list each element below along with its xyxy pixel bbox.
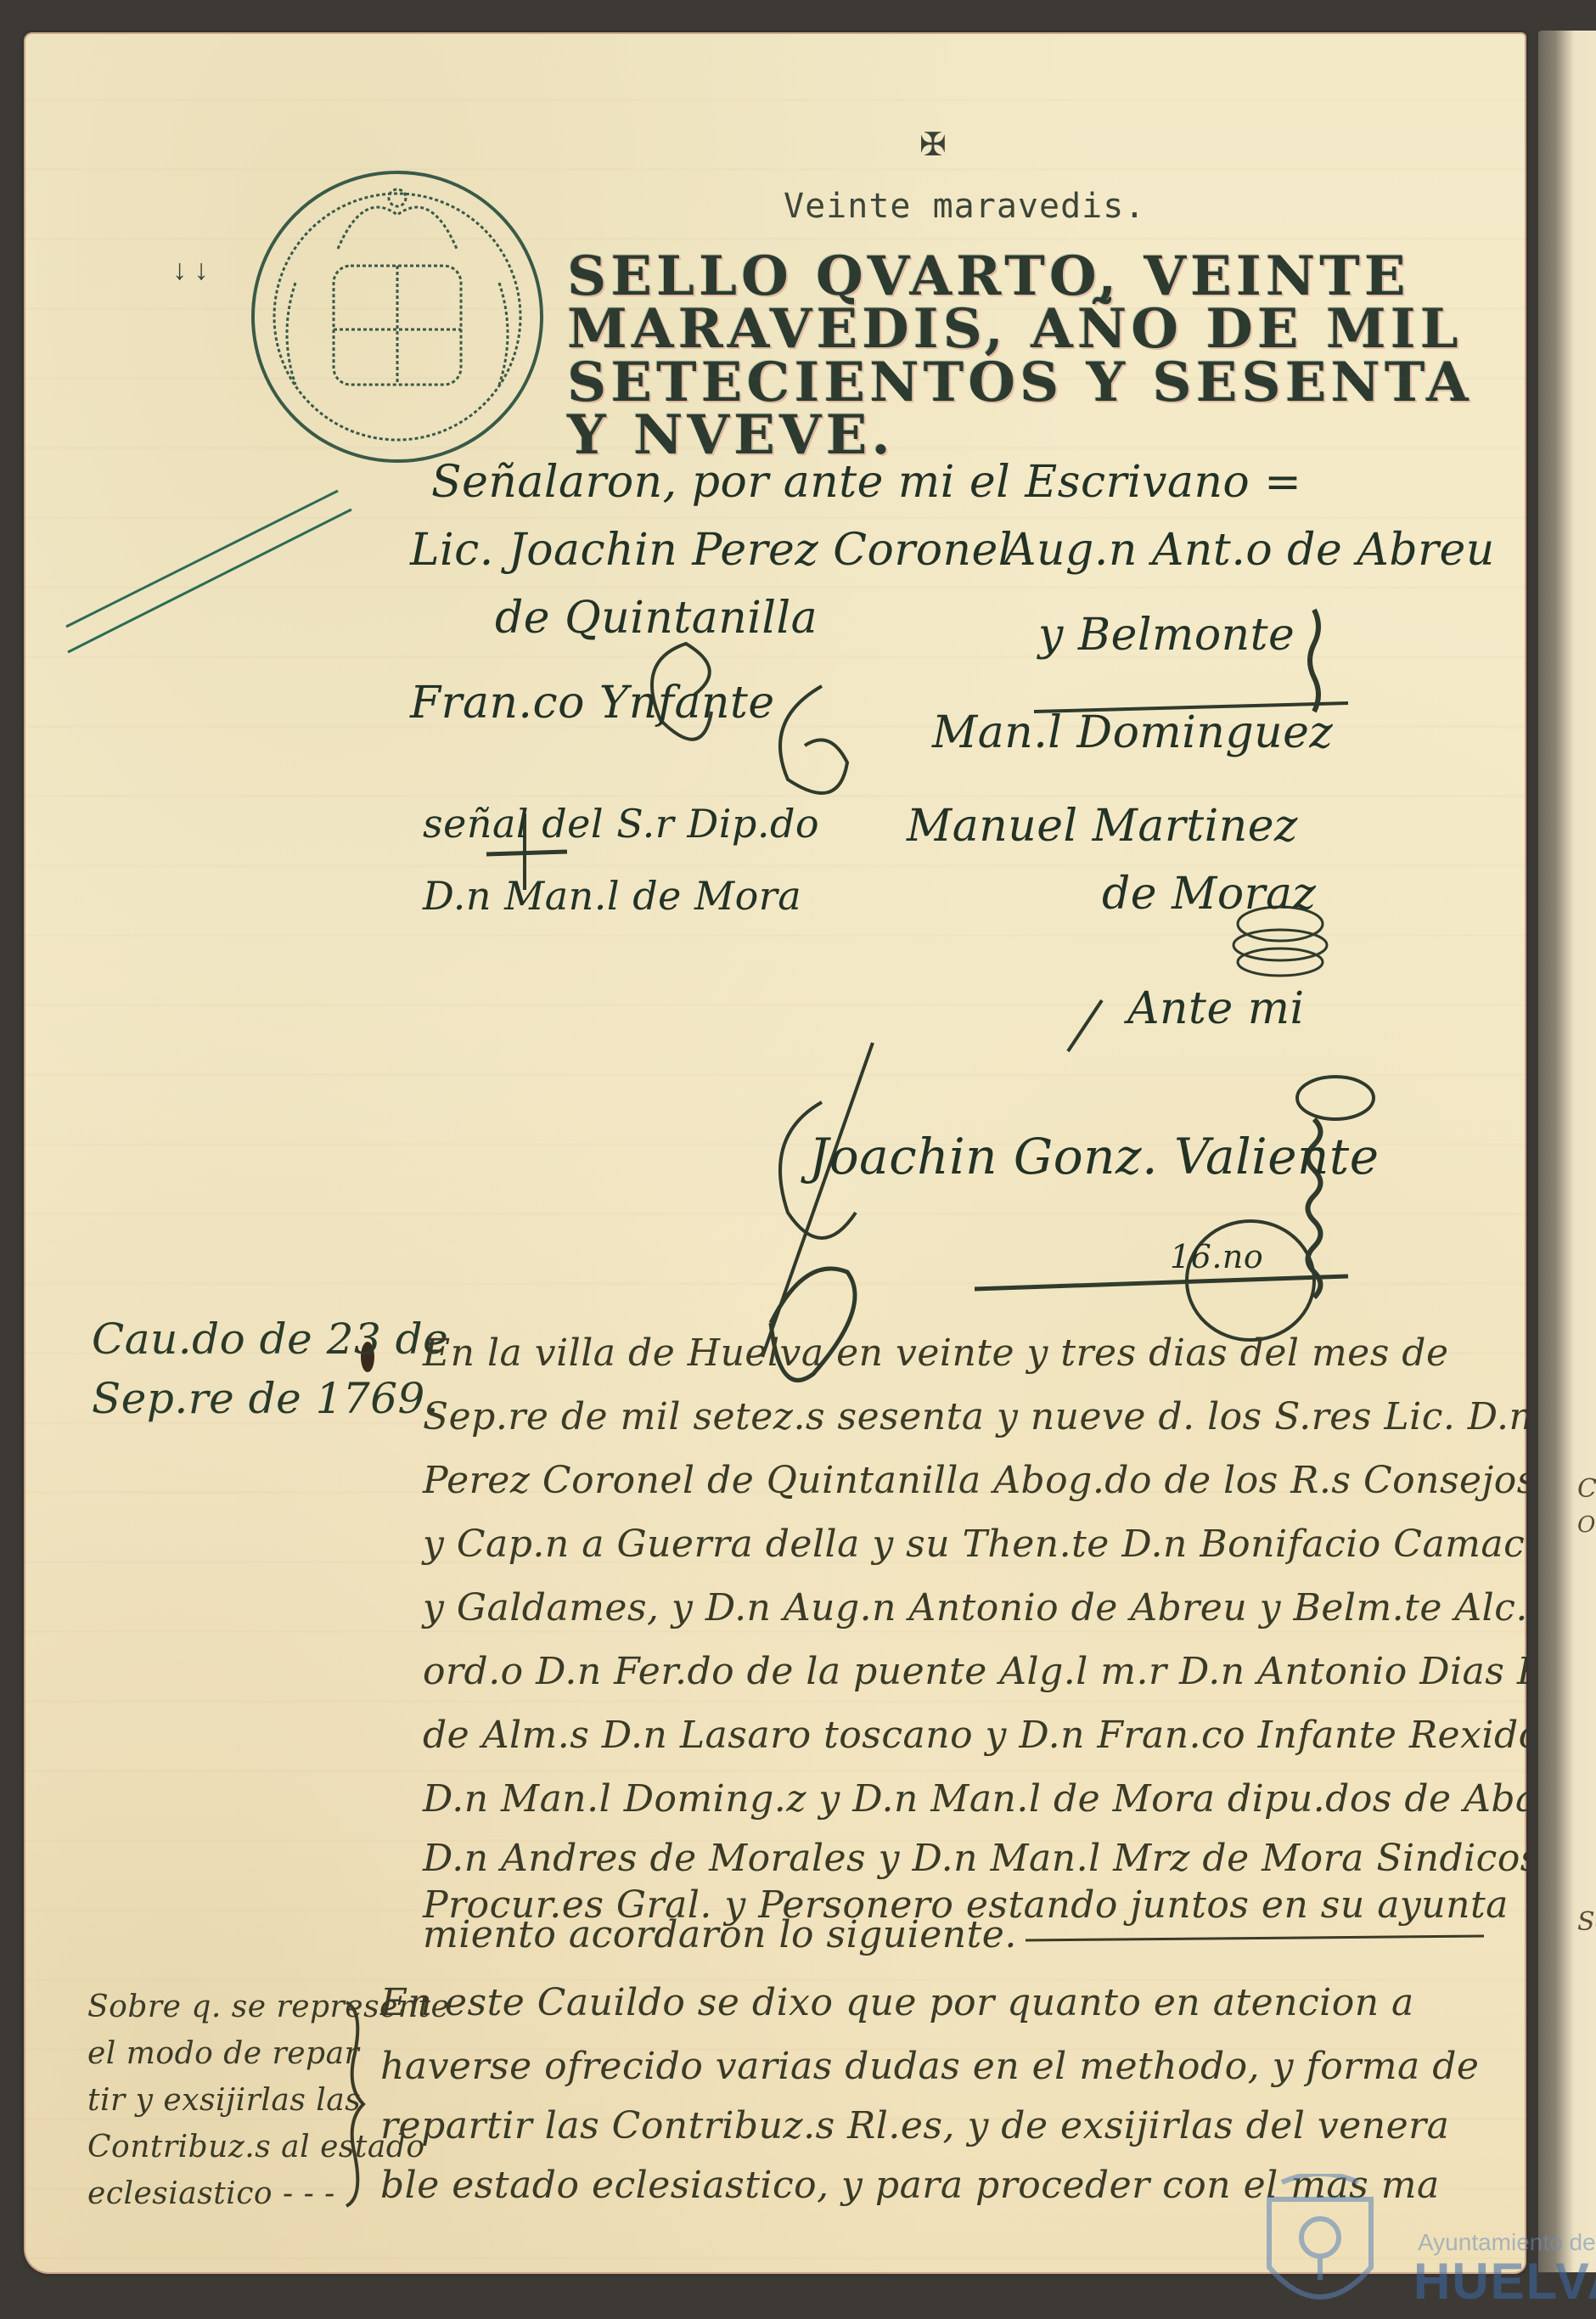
signature-perez-coronel-line2: de Quintanilla: [495, 593, 818, 644]
body-line: En la villa de Huelva en veinte y tres d…: [423, 1331, 1449, 1375]
signature-martinez: Manuel Martinez: [907, 801, 1298, 852]
notary-signature: Joachin Gonz. Valiente: [809, 1128, 1380, 1185]
signature-intro: Señalaron, por ante mi el Escrivano =: [431, 457, 1301, 508]
signature-abreu: Aug.n Ant.o de Abreu: [1004, 525, 1495, 576]
signature-perez-coronel: Lic. Joachin Perez Coronel: [410, 525, 1013, 576]
adjacent-margin-note: Sob: [1577, 1907, 1596, 1937]
margin-date-line2: Sep.re de 1769.: [92, 1374, 439, 1423]
resolution-line: repartir las Contribuz.s Rl.es, y de exs…: [380, 2104, 1449, 2147]
watermark-title: HUELVA: [1413, 2252, 1596, 2311]
archive-watermark: Ayuntamiento de HUELVA: [1244, 2174, 1596, 2319]
cross-mark-icon: ✠: [919, 126, 947, 164]
resolution-line: haverse ofrecido varias dudas en el meth…: [380, 2045, 1479, 2088]
signature-abreu-line2: y Belmonte: [1038, 610, 1295, 661]
margin-date-line1: Cau.do de 23 de: [92, 1314, 448, 1364]
body-line: y Galdames, y D.n Aug.n Antonio de Abreu…: [423, 1586, 1526, 1629]
resolution-margin-note: el modo de repar: [87, 2036, 359, 2071]
margin-marks: ↓ ↓: [172, 255, 209, 287]
resolution-margin-note: tir y exsijirlas las: [87, 2083, 361, 2118]
signature-mora-mark: señal del S.r Dip.do: [423, 801, 819, 847]
manuscript-page: ✠ Veinte maravedis. ↓ ↓ SELLO QVARTO, VE…: [24, 32, 1526, 2274]
body-line: D.n Andres de Morales y D.n Man.l Mrz de…: [423, 1837, 1526, 1880]
huelva-coat-of-arms-icon: [1244, 2174, 1396, 2319]
body-line: ord.o D.n Fer.do de la puente Alg.l m.r …: [423, 1650, 1526, 1693]
signature-dominguez: Man.l Dominguez: [932, 707, 1333, 758]
body-line: de Alm.s D.n Lasaro toscano y D.n Fran.c…: [423, 1714, 1526, 1757]
body-line: D.n Man.l Doming.z y D.n Man.l de Mora d…: [423, 1777, 1526, 1821]
adjacent-page: Cau Oct.re Sob: [1538, 31, 1596, 2272]
signature-mora-line2: D.n Man.l de Mora: [423, 873, 801, 919]
signature-martinez-line2: de Moraz: [1102, 869, 1316, 920]
signature-infante: Fran.co Ynfante: [410, 678, 775, 729]
resolution-line: En este Cauildo se dixo que por quanto e…: [380, 1981, 1414, 2024]
adjacent-margin-note: Oct.re: [1577, 1512, 1596, 1538]
body-line: y Cap.n a Guerra della y su Then.te D.n …: [423, 1523, 1526, 1566]
seal-icon: [253, 172, 542, 461]
notary-mark: 16.no: [1170, 1238, 1263, 1275]
resolution-margin-note: eclesiastico - - -: [87, 2176, 335, 2211]
stamp-value: Veinte maravedis.: [784, 187, 1145, 226]
body-line: miento acordaron lo siguiente.: [423, 1913, 1017, 1956]
ante-mi-label: Ante mi: [1127, 983, 1305, 1034]
body-line: Perez Coronel de Quintanilla Abog.do de …: [423, 1459, 1526, 1502]
adjacent-margin-note: Cau: [1577, 1474, 1596, 1504]
resolution-margin-note: Contribuz.s al estado: [87, 2130, 425, 2164]
body-line: Sep.re de mil setez.s sesenta y nueve d.…: [423, 1395, 1526, 1438]
